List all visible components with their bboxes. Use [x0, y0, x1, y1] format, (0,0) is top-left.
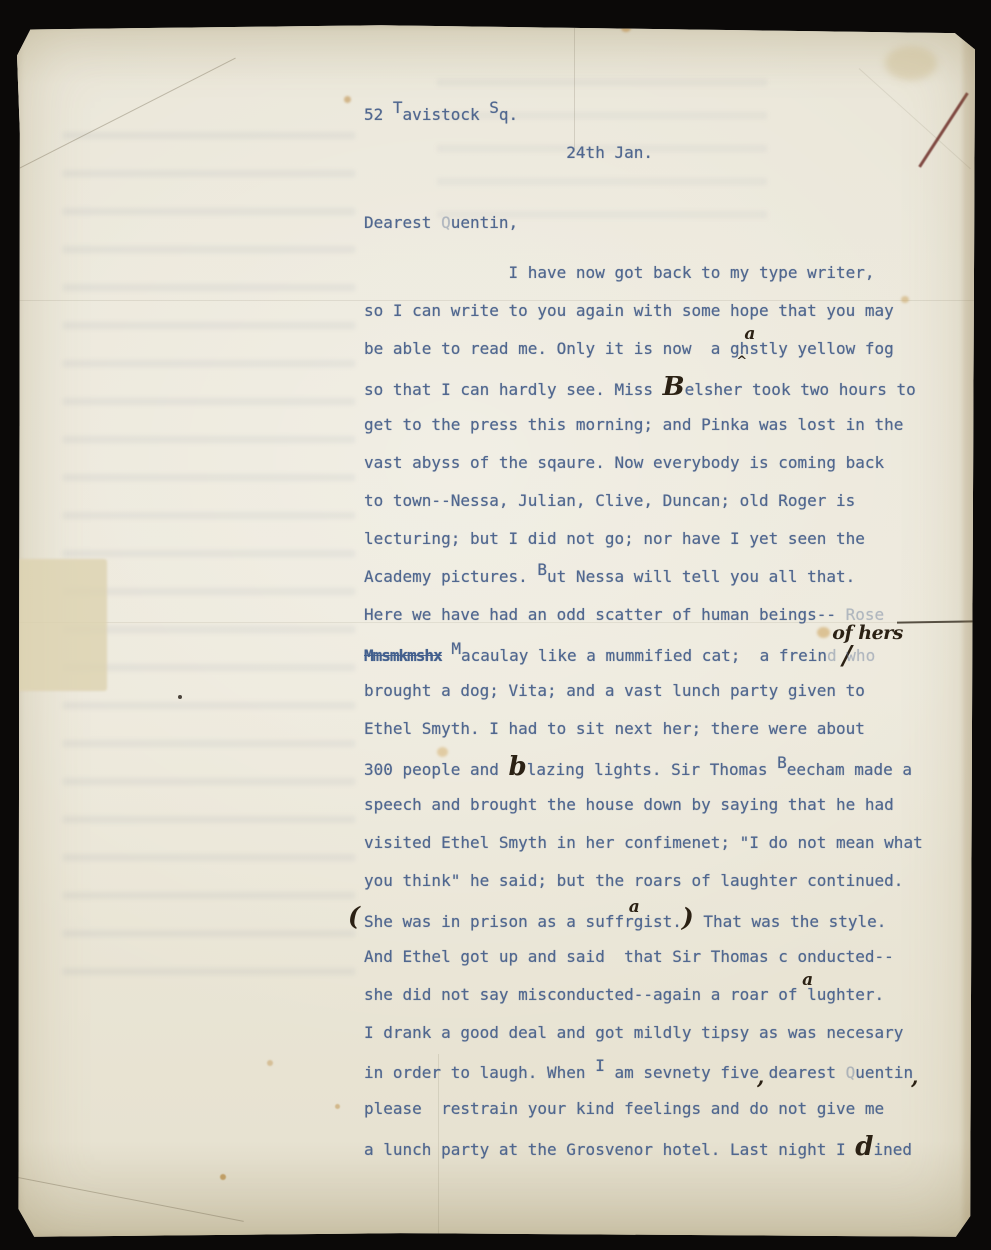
typed-line: brought a dog; Vita; and a vast lunch pa…	[364, 672, 964, 710]
typed-text: ined	[873, 1140, 912, 1159]
foxing-spot	[220, 1174, 226, 1180]
typed-text: Dearest	[364, 213, 441, 232]
typed-text: vast abyss of the sqaure. Now everybody …	[364, 453, 884, 472]
typed-line: 52 Tavistock Sq.	[364, 96, 964, 134]
typed-text: Academy pictures.	[364, 567, 537, 586]
typed-line: visited Ethel Smyth in her confimenet; "…	[364, 824, 964, 862]
typed-line: to town--Nessa, Julian, Clive, Duncan; o…	[364, 482, 964, 520]
typed-text: 300 people and	[364, 760, 509, 779]
typed-text: am sevnety five	[605, 1063, 759, 1082]
typed-text: She was in prison as a suffr	[364, 912, 634, 931]
foxing-spot	[335, 1104, 340, 1109]
typed-text-raised: T	[393, 98, 403, 117]
typed-line: a lunch party at the Grosvenor hotel. La…	[364, 1128, 964, 1166]
typed-text: she did not say misconducted--again a ro…	[364, 985, 807, 1004]
typed-text: ut Nessa will tell you all that.	[547, 567, 855, 586]
typed-text: you think" he said; but the roars of lau…	[364, 871, 903, 890]
typed-line: Dearest Quentin,	[364, 204, 964, 242]
typed-line: And Ethel got up and said that Sir Thoma…	[364, 938, 964, 976]
scan-background: { "document_type": "typewritten letter s…	[0, 0, 991, 1250]
typed-line: be able to read me. Only it is now a gha…	[364, 330, 964, 368]
typed-text: stly yellow fog	[749, 339, 894, 358]
typed-text: lughter.	[807, 985, 884, 1004]
handwritten-annotation: b	[509, 752, 527, 782]
typed-text: I have now got back to my type writer,	[364, 263, 875, 282]
handwritten-annotation: B	[663, 372, 685, 402]
typed-line: so that I can hardly see. Miss Belsher t…	[364, 368, 964, 406]
typed-text: gist.	[634, 912, 682, 931]
typed-text: so I can write to you again with some ho…	[364, 301, 894, 320]
typed-text: elsher took two hours to	[685, 380, 916, 399]
foxing-spot	[267, 1060, 273, 1066]
typed-text: That was the style.	[694, 912, 887, 931]
typed-text: 24th Jan.	[364, 143, 653, 162]
typed-text: speech and brought the house down by say…	[364, 795, 894, 814]
typed-line: so I can write to you again with some ho…	[364, 292, 964, 330]
typed-line: speech and brought the house down by say…	[364, 786, 964, 824]
typed-text: acaulay like a mummified cat; a frein	[461, 646, 827, 665]
handwritten-annotation: d	[855, 1132, 873, 1162]
typed-line: she did not say misconducted--again a ro…	[364, 976, 964, 1014]
typed-text: please restrain your kind feelings and d…	[364, 1099, 884, 1118]
typed-line: you think" he said; but the roars of lau…	[364, 862, 964, 900]
typed-line: Academy pictures. But Nessa will tell yo…	[364, 558, 964, 596]
typed-text-faint: who	[846, 646, 875, 665]
typed-line: please restrain your kind feelings and d…	[364, 1090, 964, 1128]
typed-text: eecham made a	[787, 760, 912, 779]
ink-dot	[178, 695, 182, 699]
typed-text: so that I can hardly see. Miss	[364, 380, 663, 399]
typed-text: in order to laugh. When	[364, 1063, 595, 1082]
typed-line: I drank a good deal and got mildly tipsy…	[364, 1014, 964, 1052]
typed-text: avistock	[403, 105, 490, 124]
typed-text: uentin,	[451, 213, 518, 232]
typed-text: Ethel Smyth. I had to sit next her; ther…	[364, 719, 865, 738]
typed-text: brought a dog; Vita; and a vast lunch pa…	[364, 681, 865, 700]
handwritten-annotation: )	[682, 903, 694, 932]
typed-text: get to the press this morning; and Pinka…	[364, 415, 903, 434]
typed-text: be able to read me. Only it is now a gh	[364, 339, 749, 358]
typed-line: 24th Jan.	[364, 134, 964, 172]
typed-line: 300 people and blazing lights. Sir Thoma…	[364, 748, 964, 786]
typed-text: a lunch party at the Grosvenor hotel. La…	[364, 1140, 855, 1159]
foxing-spot	[344, 96, 351, 103]
typed-text: 52	[364, 105, 393, 124]
typed-text: to town--Nessa, Julian, Clive, Duncan; o…	[364, 491, 855, 510]
typed-text: Here we have had an odd scatter of human…	[364, 605, 846, 624]
typed-text: I drank a good deal and got mildly tipsy…	[364, 1023, 903, 1042]
typed-line: I have now got back to my type writer,	[364, 254, 964, 292]
typed-text: lazing lights. Sir Thomas	[527, 760, 777, 779]
typed-line: (She was in prison as a suffragist.) Tha…	[364, 900, 964, 938]
typed-text: lecturing; but I did not go; nor have I …	[364, 529, 865, 548]
typed-text: dearest	[759, 1063, 846, 1082]
typed-text-raised: B	[777, 753, 787, 772]
typed-line: Ethel Smyth. I had to sit next her; ther…	[364, 710, 964, 748]
typed-text-faint: Q	[441, 213, 451, 232]
typed-line: in order to laugh. When I am sevnety fiv…	[364, 1052, 964, 1090]
tape-residue-stain	[9, 559, 107, 691]
typed-text-faint: Q	[846, 1063, 856, 1082]
typed-line: lecturing; but I did not go; nor have I …	[364, 520, 964, 558]
typed-text: uentin	[855, 1063, 913, 1082]
typed-text-raised: S	[489, 98, 499, 117]
typed-text-raised: B	[537, 560, 547, 579]
typed-text	[442, 646, 452, 665]
typed-text: q.	[499, 105, 518, 124]
typed-text: visited Ethel Smyth in her confimenet; "…	[364, 833, 923, 852]
typed-text: And Ethel got up and said that Sir Thoma…	[364, 947, 894, 966]
typed-text-overstruck: Mmsmkmshx	[364, 646, 442, 665]
paper-crease	[13, 1176, 244, 1222]
typed-line: Mmsmkmshx Macaulay like a mummified cat;…	[364, 634, 964, 672]
letter-text: 52 Tavistock Sq. 24th Jan.Dearest Quenti…	[364, 24, 964, 1166]
typed-text-raised: I	[595, 1056, 605, 1075]
typed-line: vast abyss of the sqaure. Now everybody …	[364, 444, 964, 482]
typed-line: get to the press this morning; and Pinka…	[364, 406, 964, 444]
typed-text-raised: M	[451, 639, 461, 658]
edge-shading	[963, 24, 975, 1238]
letter-page: 52 Tavistock Sq. 24th Jan.Dearest Quenti…	[17, 24, 975, 1238]
